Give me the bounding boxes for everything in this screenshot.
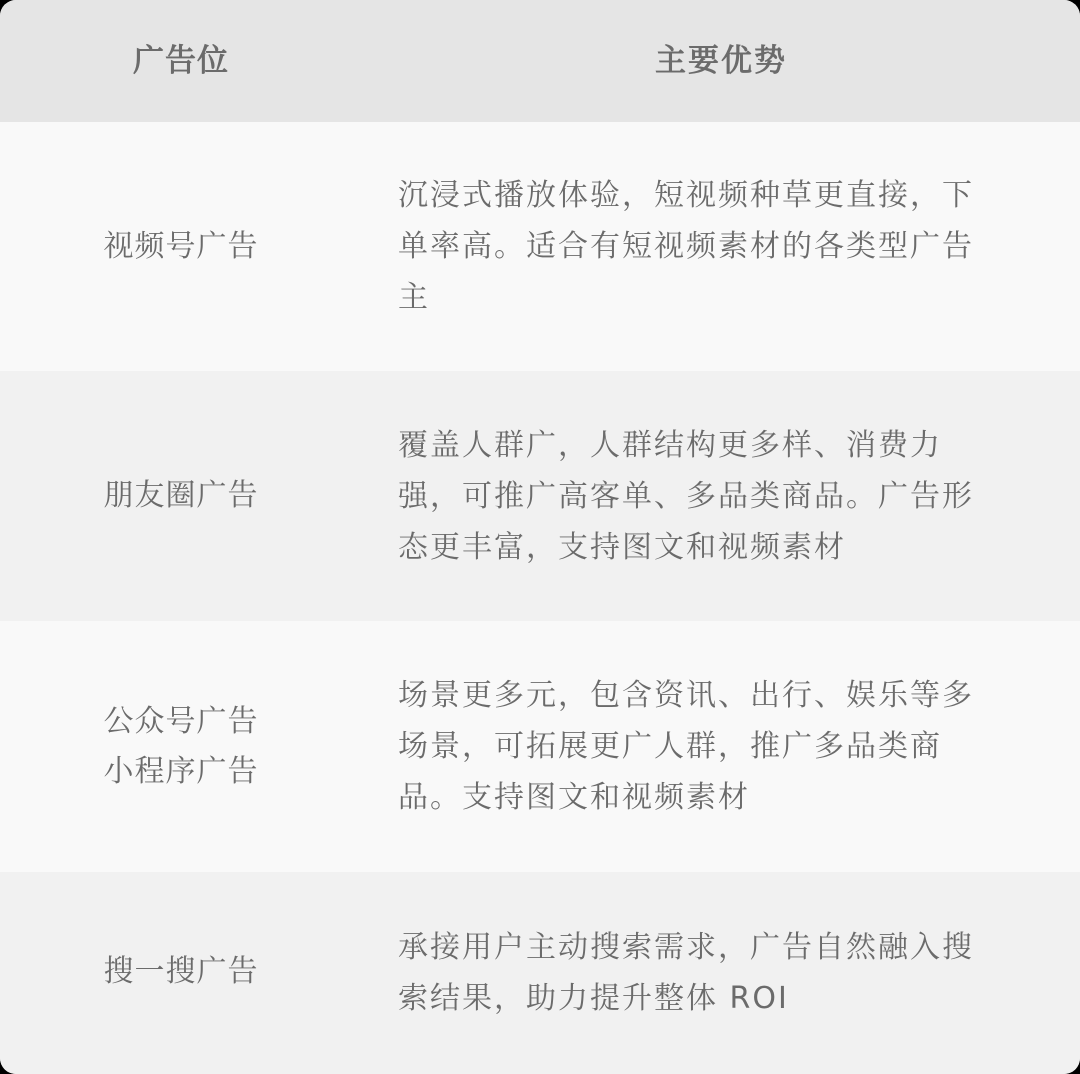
- placement-label: 朋友圈广告: [104, 471, 259, 521]
- table-row: 视频号广告 沉浸式播放体验，短视频种草更直接，下单率高。适合有短视频素材的各类型…: [0, 122, 1080, 371]
- advantages-text: 场景更多元，包含资讯、出行、娱乐等多场景，可拓展更广人群，推广多品类商品。支持图…: [398, 670, 998, 823]
- placement-label: 公众号广告: [104, 697, 259, 747]
- placement-label: 搜一搜广告: [104, 947, 259, 997]
- header-placement: 广告位: [0, 36, 362, 86]
- table-row: 朋友圈广告 覆盖人群广，人群结构更多样、消费力强，可推广高客单、多品类商品。广告…: [0, 371, 1080, 621]
- advantages-cell: 沉浸式播放体验，短视频种草更直接，下单率高。适合有短视频素材的各类型广告主: [362, 122, 1080, 371]
- advantages-cell: 覆盖人群广，人群结构更多样、消费力强，可推广高客单、多品类商品。广告形态更丰富，…: [362, 371, 1080, 621]
- ad-placement-table: 广告位 主要优势 视频号广告 沉浸式播放体验，短视频种草更直接，下单率高。适合有…: [0, 0, 1080, 1074]
- table-header: 广告位 主要优势: [0, 0, 1080, 122]
- placement-label: 小程序广告: [104, 747, 259, 797]
- advantages-text: 承接用户主动搜索需求，广告自然融入搜索结果，助力提升整体 ROI: [398, 922, 998, 1024]
- advantages-text: 覆盖人群广，人群结构更多样、消费力强，可推广高客单、多品类商品。广告形态更丰富，…: [398, 420, 998, 573]
- advantages-text: 沉浸式播放体验，短视频种草更直接，下单率高。适合有短视频素材的各类型广告主: [398, 170, 998, 323]
- placement-cell: 朋友圈广告: [0, 371, 362, 621]
- placement-cell: 搜一搜广告: [0, 872, 362, 1074]
- advantages-cell: 承接用户主动搜索需求，广告自然融入搜索结果，助力提升整体 ROI: [362, 872, 1080, 1074]
- placement-label: 视频号广告: [104, 222, 259, 272]
- table-row: 公众号广告 小程序广告 场景更多元，包含资讯、出行、娱乐等多场景，可拓展更广人群…: [0, 621, 1080, 872]
- placement-cell: 公众号广告 小程序广告: [0, 621, 362, 872]
- placement-cell: 视频号广告: [0, 122, 362, 371]
- table-row: 搜一搜广告 承接用户主动搜索需求，广告自然融入搜索结果，助力提升整体 ROI: [0, 872, 1080, 1074]
- advantages-cell: 场景更多元，包含资讯、出行、娱乐等多场景，可拓展更广人群，推广多品类商品。支持图…: [362, 621, 1080, 872]
- header-advantages: 主要优势: [362, 36, 1080, 87]
